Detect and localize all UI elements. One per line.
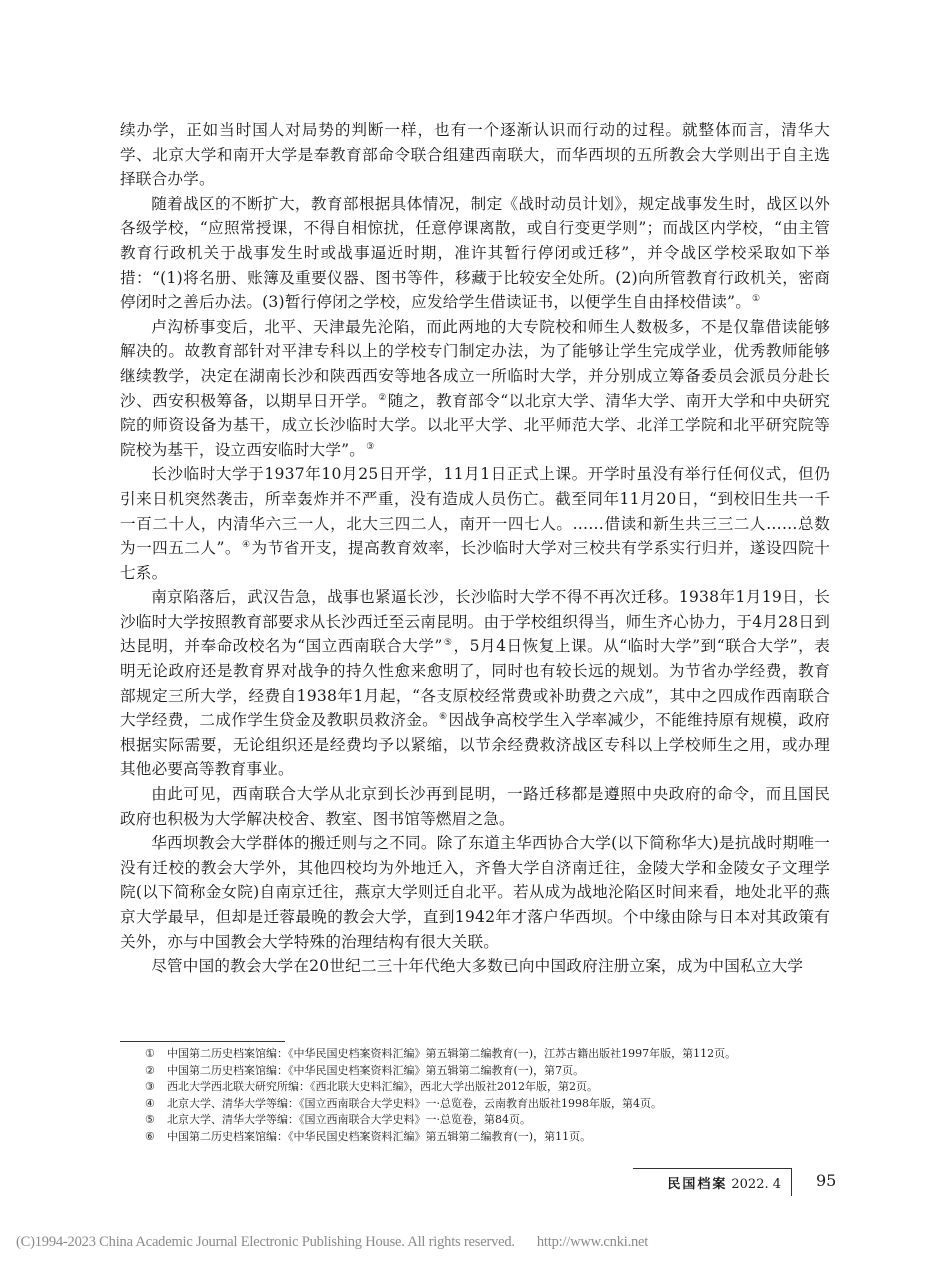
journal-issue-box: 民国档案2022. 4 [633,1168,792,1196]
footnote-ref-5[interactable]: ⑤ [444,638,453,648]
footnote-number: ② [145,1063,167,1080]
paragraph-5: 南京陷落后，武汉告急，战事也紧逼长沙，长沙临时大学不得不再次迁移。1938年1月… [120,585,830,782]
article-body: 续办学，正如当时国人对局势的判断一样，也有一个逐渐认识而行动的过程。就整体而言，… [120,118,830,979]
journal-issue: 2022. 4 [731,1177,781,1192]
paragraph-6: 由此可见，西南联合大学从北京到长沙再到昆明，一路迁移都是遵照中央政府的命令，而且… [120,782,830,831]
footnote-1: ① 中国第二历史档案馆编：《中华民国史档案资料汇编》第五辑第二编教育(一)，江苏… [145,1046,835,1063]
footnote-text: 中国第二历史档案馆编：《中华民国史档案资料汇编》第五辑第二编教育(一)，第11页… [167,1129,591,1146]
paragraph-text: 由此可见，西南联合大学从北京到长沙再到昆明，一路迁移都是遵照中央政府的命令，而且… [120,785,830,828]
footnote-text: 西北大学西北联大研究所编：《西北联大史料汇编》，西北大学出版社2012年版，第2… [167,1079,598,1096]
footnote-ref-1[interactable]: ① [752,294,760,304]
paragraph-1: 续办学，正如当时国人对局势的判断一样，也有一个逐渐认识而行动的过程。就整体而言，… [120,118,830,192]
footnote-2: ② 中国第二历史档案馆编：《中华民国史档案资料汇编》第五辑第二编教育(一)，第7… [145,1063,835,1080]
footnote-3: ③ 西北大学西北联大研究所编：《西北联大史料汇编》，西北大学出版社2012年版，… [145,1079,835,1096]
footnote-text: 北京大学、清华大学等编：《国立西南联合大学史料》一·总览卷，云南教育出版社199… [167,1096,662,1113]
footnotes: ① 中国第二历史档案馆编：《中华民国史档案资料汇编》第五辑第二编教育(一)，江苏… [145,1046,835,1146]
footnote-text: 中国第二历史档案馆编：《中华民国史档案资料汇编》第五辑第二编教育(一)，第7页。 [167,1063,584,1080]
footnote-5: ⑤ 北京大学、清华大学等编：《国立西南联合大学史料》一·总览卷，第84页。 [145,1112,835,1129]
footnote-ref-4[interactable]: ④ [242,540,251,550]
copyright-text: (C)1994-2023 China Academic Journal Elec… [16,1234,515,1250]
paragraph-3: 卢沟桥事变后，北平、天津最先沦陷，而此两地的大专院校和师生人数极多，不是仅靠借读… [120,315,830,463]
footnote-divider [120,1041,285,1042]
footnote-ref-6[interactable]: ⑥ [439,712,447,722]
footnote-4: ④ 北京大学、清华大学等编：《国立西南联合大学史料》一·总览卷，云南教育出版社1… [145,1096,835,1113]
paragraph-text: 随着战区的不断扩大，教育部根据具体情况，制定《战时动员计划》，规定战事发生时，战… [120,195,830,311]
footnote-ref-3[interactable]: ③ [366,442,374,452]
publisher-url[interactable]: http://www.cnki.net [537,1234,648,1250]
footnote-ref-2[interactable]: ② [378,393,387,403]
footnote-number: ⑥ [145,1129,167,1146]
footnote-number: ① [145,1046,167,1063]
footnote-6: ⑥ 中国第二历史档案馆编：《中华民国史档案资料汇编》第五辑第二编教育(一)，第1… [145,1129,835,1146]
paragraph-4: 长沙临时大学于1937年10月25日开学，11月1日正式上课。开学时虽没有举行任… [120,462,830,585]
paragraph-7: 华西坝教会大学群体的搬迁则与之不同。除了东道主华西协合大学(以下简称华大)是抗战… [120,831,830,954]
paragraph-2: 随着战区的不断扩大，教育部根据具体情况，制定《战时动员计划》，规定战事发生时，战… [120,192,830,315]
paragraph-text: 续办学，正如当时国人对局势的判断一样，也有一个逐渐认识而行动的过程。就整体而言，… [120,121,830,188]
paragraph-text: 华西坝教会大学群体的搬迁则与之不同。除了东道主华西协合大学(以下简称华大)是抗战… [120,834,830,950]
page-number: 95 [792,1168,836,1196]
footnote-number: ③ [145,1079,167,1096]
page-footer: 民国档案2022. 4 95 [633,1168,836,1196]
journal-name: 民国档案 [667,1177,727,1192]
paragraph-8: 尽管中国的教会大学在20世纪二三十年代绝大多数已向中国政府注册立案，成为中国私立… [120,954,830,979]
paragraph-text: 尽管中国的教会大学在20世纪二三十年代绝大多数已向中国政府注册立案，成为中国私立… [151,957,803,975]
footnote-number: ⑤ [145,1112,167,1129]
footnote-text: 中国第二历史档案馆编：《中华民国史档案资料汇编》第五辑第二编教育(一)，江苏古籍… [167,1046,736,1063]
footnote-text: 北京大学、清华大学等编：《国立西南联合大学史料》一·总览卷，第84页。 [167,1112,531,1129]
footnote-number: ④ [145,1096,167,1113]
copyright-notice: (C)1994-2023 China Academic Journal Elec… [16,1234,648,1251]
